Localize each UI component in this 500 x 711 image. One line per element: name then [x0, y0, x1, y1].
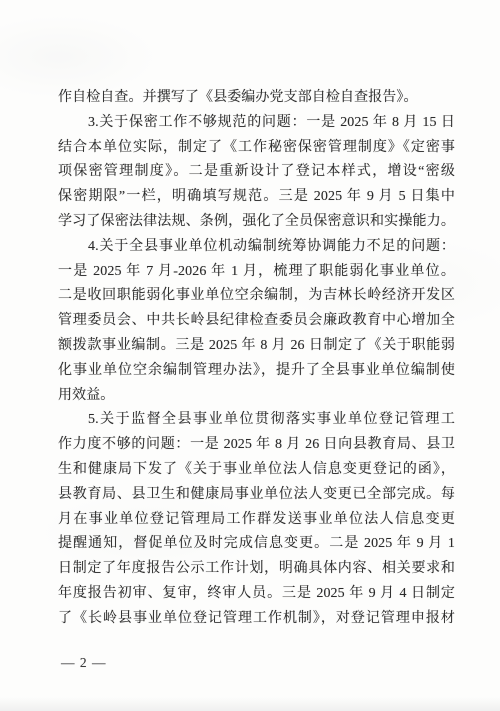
text-line: 一是 2025 年 7 月-2026 年 1 月，梳理了职能弱化事业单位。 — [58, 260, 455, 285]
document-page: 作自检自查。并撰写了《县委编办党支部自检自查报告》。3.关于保密工作不够规范的问… — [0, 0, 500, 711]
text-line: 保密期限”一栏，明确填写规范。三是 2025 年 9 月 5 日集中 — [58, 185, 455, 210]
text-line: 作自检自查。并撰写了《县委编办党支部自检自查报告》。 — [58, 86, 455, 111]
text-line: 二是收回职能弱化事业单位空余编制，为吉林长岭经济开发区 — [58, 284, 455, 309]
text-line: 5.关于监督全县事业单位贯彻落实事业单位登记管理工 — [58, 408, 455, 433]
text-line: 4.关于全县事业单位机动编制统筹协调能力不足的问题： — [58, 235, 455, 260]
text-line: 额拨款事业编制。三是 2025 年 8 月 26 日制定了《关于职能弱 — [58, 334, 455, 359]
text-line: 学习了保密法律法规、条例，强化了全员保密意识和实操能力。 — [58, 210, 455, 235]
text-line: 3.关于保密工作不够规范的问题：一是 2025 年 8 月 15 日 — [58, 111, 455, 136]
text-line: 结合本单位实际，制定了《工作秘密保密管理制度》《定密事 — [58, 136, 455, 161]
text-line: 了《长岭县事业单位登记管理工作机制》，对登记管理申报材 — [58, 607, 455, 632]
text-line: 作力度不够的问题：一是 2025 年 8 月 26 日向县教育局、县卫 — [58, 433, 455, 458]
text-line: 提醒通知，督促单位及时完成信息变更。二是 2025 年 9 月 1 — [58, 532, 455, 557]
text-line: 管理委员会、中共长岭县纪律检查委员会廉政教育中心增加全 — [58, 309, 455, 334]
text-line: 化事业单位空余编制管理办法》，提升了全县事业单位编制使 — [58, 359, 455, 384]
text-line: 日制定了年度报告公示工作计划，明确具体内容、相关要求和 — [58, 557, 455, 582]
text-line: 生和健康局下发了《关于事业单位法人信息变更登记的函》， — [58, 458, 455, 483]
text-line: 月在事业单位登记管理局工作群发送事业单位法人信息变更 — [58, 508, 455, 533]
text-line: 年度报告初审、复审，终审人员。三是 2025 年 9 月 4 日制定 — [58, 582, 455, 607]
page-number: — 2 — — [61, 655, 107, 671]
text-line: 县教育局、县卫生和健康局事业单位法人变更已全部完成。每 — [58, 483, 455, 508]
text-line: 用效益。 — [58, 384, 455, 409]
text-line: 项保密管理制度》。二是重新设计了登记本样式，增设“密级 — [58, 160, 455, 185]
body-text: 作自检自查。并撰写了《县委编办党支部自检自查报告》。3.关于保密工作不够规范的问… — [58, 86, 455, 632]
